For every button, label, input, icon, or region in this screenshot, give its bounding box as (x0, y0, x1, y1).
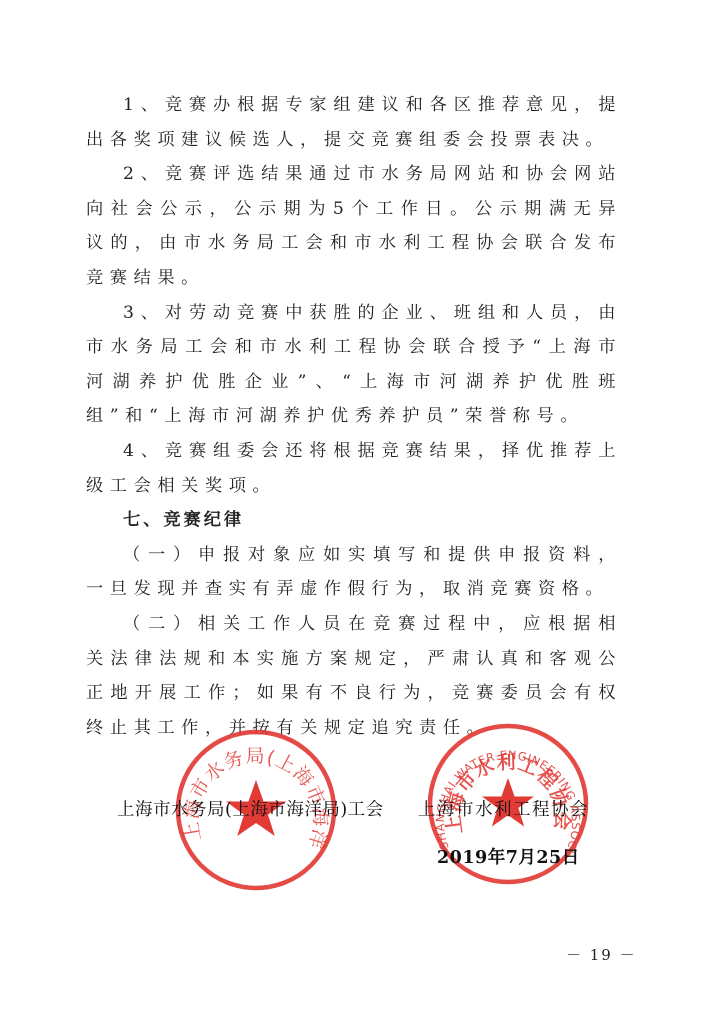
document-page: 1、竞赛办根据专家组建议和各区推荐意见，提出各奖项建议候选人，提交竞赛组委会投票… (0, 0, 724, 1024)
paragraph-award-candidates: 1、竞赛办根据专家组建议和各区推荐意见，提出各奖项建议候选人，提交竞赛组委会投票… (86, 88, 622, 157)
paragraph-recommendation: 4、竞赛组委会还将根据竞赛结果，择优推荐上级工会相关奖项。 (86, 434, 622, 503)
signature-org-water-bureau-union: 上海市水务局(上海市海洋局)工会 (117, 796, 384, 821)
signature-org-water-engineering-association: 上海市水利工程协会 (418, 796, 589, 821)
section-heading-discipline: 七、竞赛纪律 (86, 503, 622, 538)
paragraph-discipline-1: （一）申报对象应如实填写和提供申报资料，一旦发现并查实有弄虚作假行为，取消竞赛资… (86, 538, 622, 607)
document-body: 1、竞赛办根据专家组建议和各区推荐意见，提出各奖项建议候选人，提交竞赛组委会投票… (86, 88, 622, 745)
paragraph-honorary-titles: 3、对劳动竞赛中获胜的企业、班组和人员，由市水务局工会和市水利工程协会联合授予“… (86, 296, 622, 434)
page-number: － 19 － (566, 944, 637, 965)
paragraph-public-notice: 2、竞赛评选结果通过市水务局网站和协会网站向社会公示，公示期为5个工作日。公示期… (86, 157, 622, 295)
signature-date: 2019年7月25日 (437, 844, 580, 869)
